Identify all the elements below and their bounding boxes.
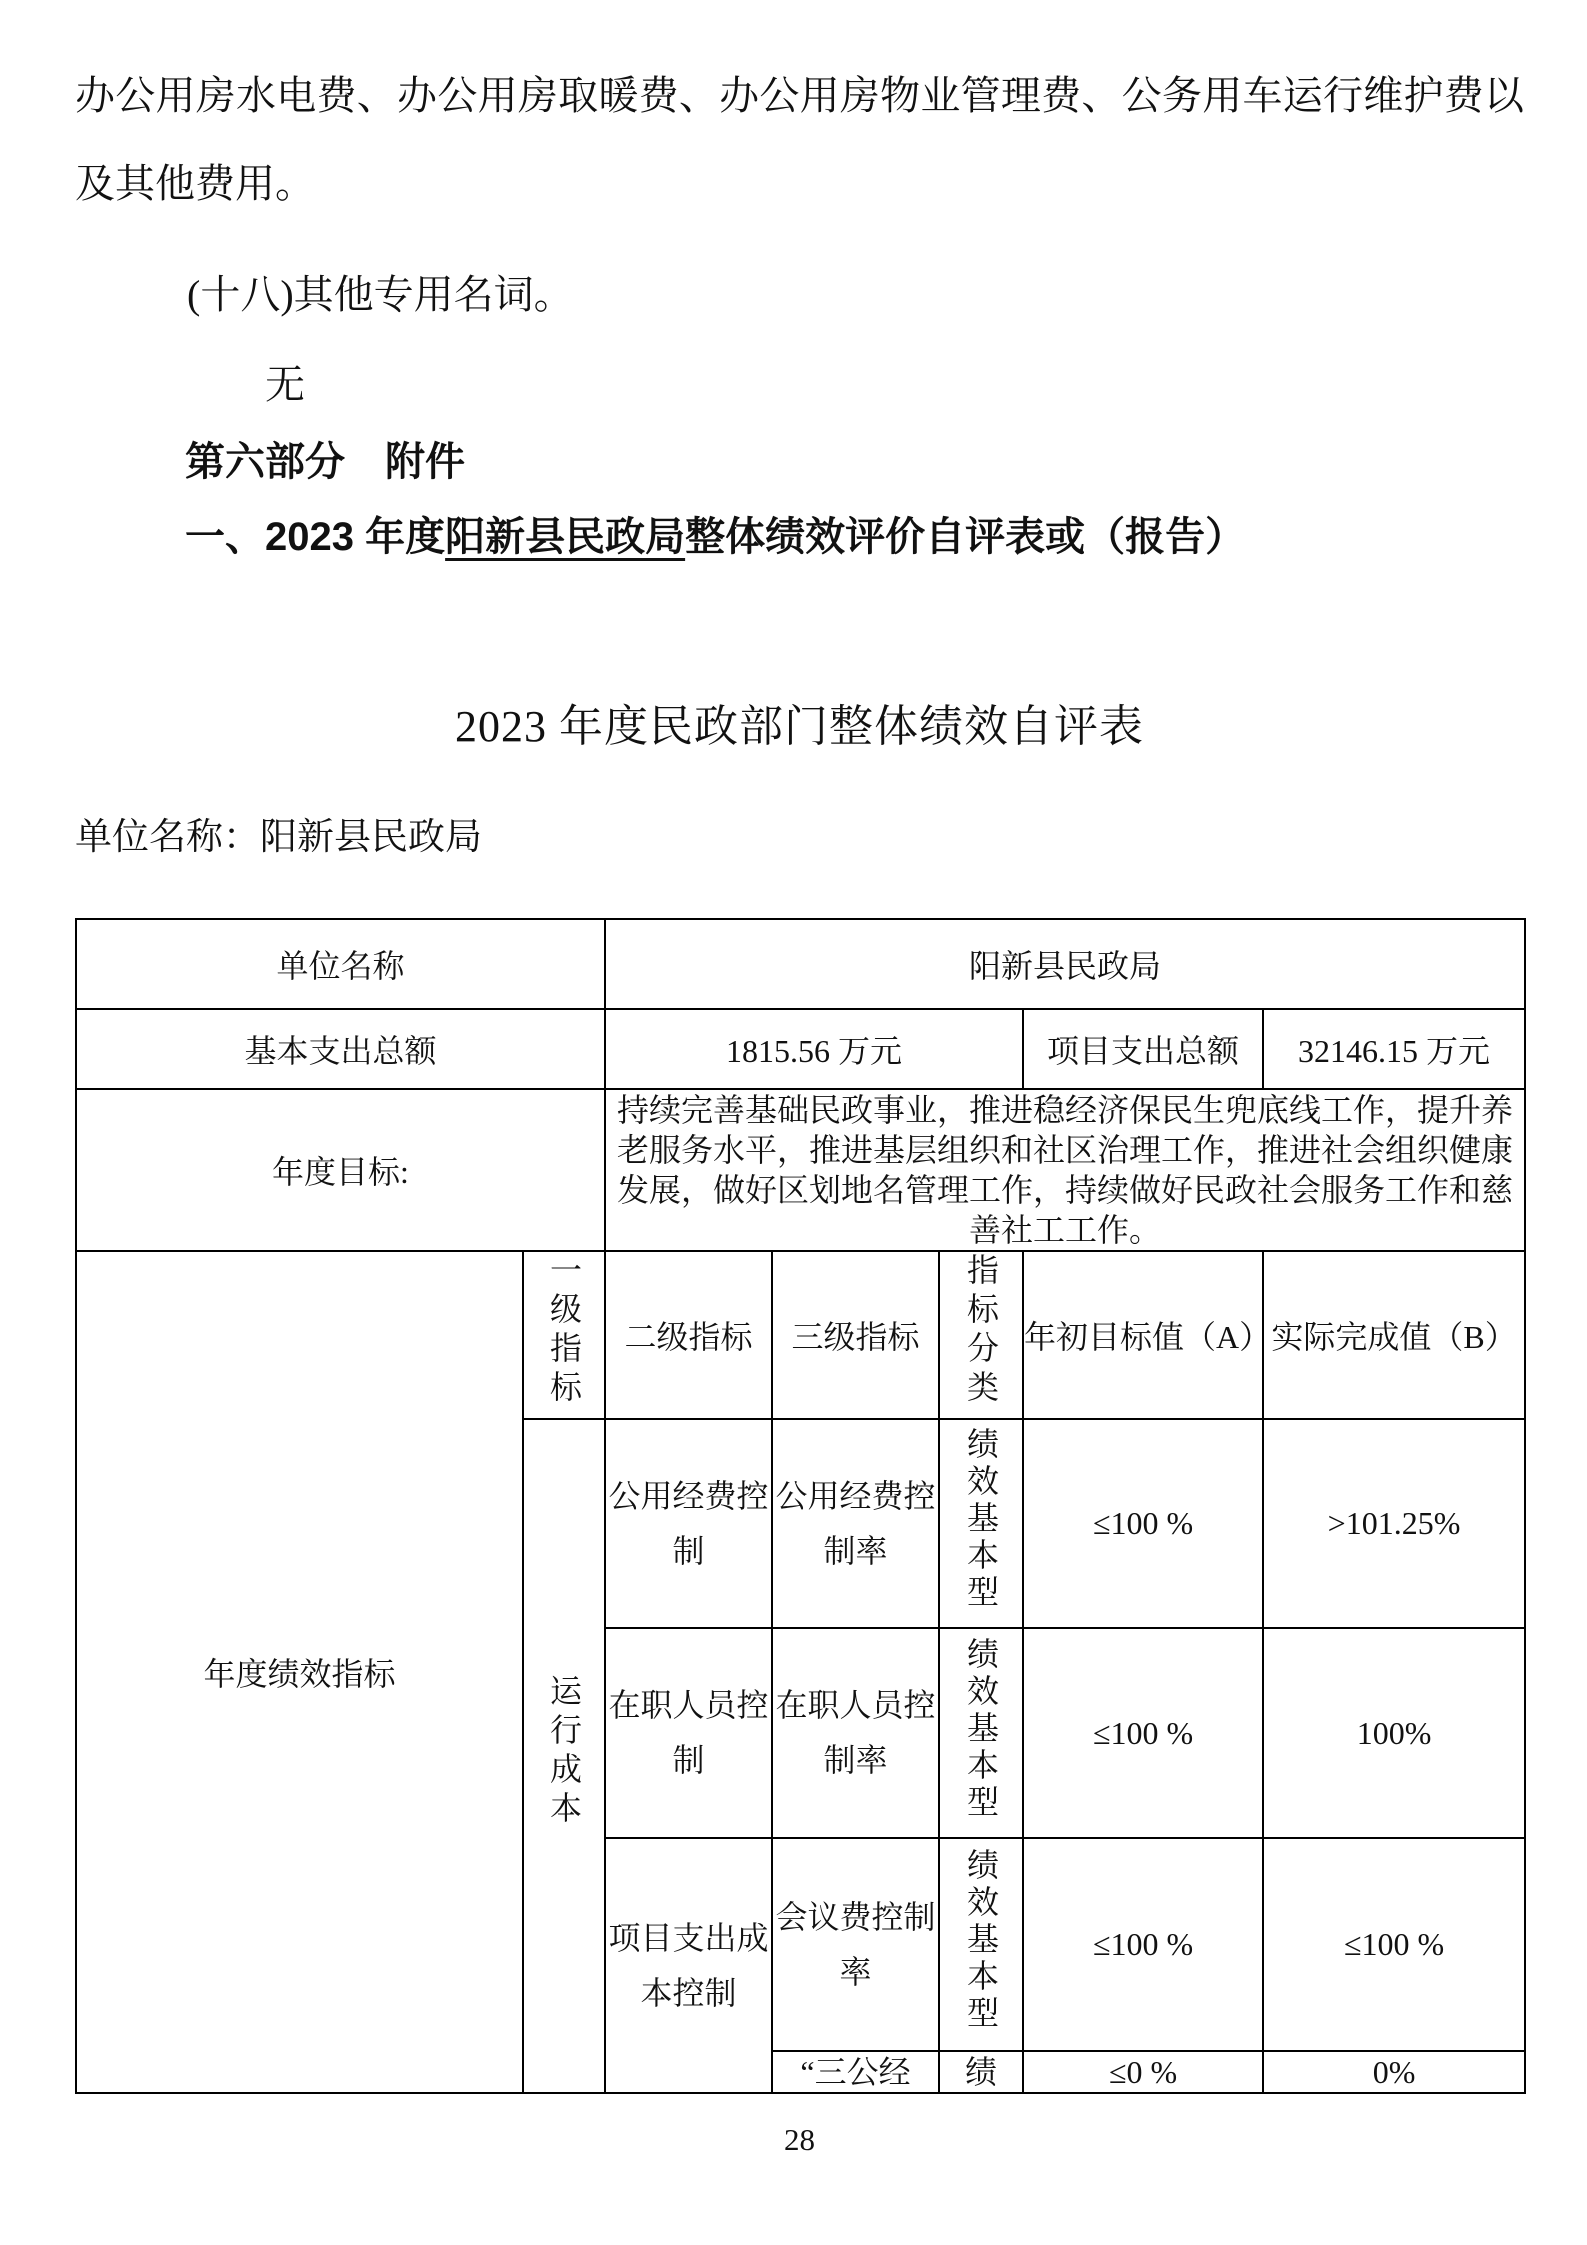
self-evaluation-table: 单位名称 阳新县民政局 基本支出总额 1815.56 万元 项目支出总额 321… [75,918,1526,2094]
cell-project-cost-class: 绩效基本型 [939,1838,1023,2051]
group-operating-cost-text: 运行成本 [548,1674,580,1830]
cell-annual-goal-text: 持续完善基础民政事业，推进稳经济保民生兜底线工作，提升养老服务水平，推进基层组织… [605,1089,1525,1251]
cell-project-cost-l2: 项目支出成本控制 [605,1838,772,2093]
cell-three-public-l3: “三公经 [772,2051,939,2093]
none-value: 无 [75,324,1524,414]
cell-header-classification: 指标分类 [939,1251,1023,1419]
cell-header-actual: 实际完成值（B） [1263,1251,1525,1419]
cell-three-public-class: 绩 [939,2051,1023,2093]
staff-class-text: 绩效基本型 [965,1637,997,1822]
cell-header-level1: 一级指标 [523,1251,605,1419]
cell-basic-expense-value: 1815.56 万元 [605,1009,1023,1089]
cell-staff-l3: 在职人员控制率 [772,1628,939,1838]
cell-staff-target: ≤100 % [1023,1628,1263,1838]
project-cost-class-text: 绩效基本型 [965,1848,997,2033]
attachment-heading: 一、2023 年度阳新县民政局整体绩效评价自评表或（报告） [75,492,1524,568]
cell-unit-name-value: 阳新县民政局 [605,919,1525,1009]
cell-group-operating-cost: 运行成本 [523,1419,605,2093]
cell-perf-indicator-label: 年度绩效指标 [76,1251,523,2093]
attachment-heading-prefix: 一、2023 年度 [185,515,445,559]
cell-public-funds-actual: >101.25% [1263,1419,1525,1628]
cell-project-expense-label: 项目支出总额 [1023,1009,1263,1089]
table-row: 基本支出总额 1815.56 万元 项目支出总额 32146.15 万元 [76,1009,1525,1089]
annual-goal-text: 持续完善基础民政事业，推进稳经济保民生兜底线工作，提升养老服务水平，推进基层组织… [617,1092,1513,1248]
header-level1-text: 一级指标 [548,1253,580,1409]
table-row: 年度目标: 持续完善基础民政事业，推进稳经济保民生兜底线工作，提升养老服务水平，… [76,1089,1525,1251]
header-classification-text: 指标分类 [965,1253,997,1409]
page-number: 28 [75,2094,1524,2158]
part6-heading: 第六部分 附件 [75,414,1524,492]
cell-header-target: 年初目标值（A） [1023,1251,1263,1419]
table-header-row: 年度绩效指标 一级指标 二级指标 三级指标 指标分类 年初目标值（A） 实际完成… [76,1251,1525,1419]
cell-basic-expense-label: 基本支出总额 [76,1009,605,1089]
cell-staff-class: 绩效基本型 [939,1628,1023,1838]
cell-public-funds-l2: 公用经费控制 [605,1419,772,1628]
cell-project-expense-value: 32146.15 万元 [1263,1009,1525,1089]
item-18-line: (十八)其他专用名词。 [75,228,1524,324]
cell-public-funds-target: ≤100 % [1023,1419,1263,1628]
cell-header-level2: 二级指标 [605,1251,772,1419]
cell-project-cost-actual: ≤100 % [1263,1838,1525,2051]
cell-unit-name-label: 单位名称 [76,919,605,1009]
document-page: 办公用房水电费、办公用房取暖费、办公用房物业管理费、公务用车运行维护费以及其他费… [0,0,1587,2245]
cell-public-funds-l3: 公用经费控制率 [772,1419,939,1628]
cell-annual-goal-label: 年度目标: [76,1089,605,1251]
table-row: 单位名称 阳新县民政局 [76,919,1525,1009]
attachment-heading-suffix: 整体绩效评价自评表或（报告） [685,515,1245,559]
public-funds-class-text: 绩效基本型 [965,1427,997,1612]
cell-public-funds-class: 绩效基本型 [939,1419,1023,1628]
cell-project-cost-target: ≤100 % [1023,1838,1263,2051]
cell-three-public-actual: 0% [1263,2051,1525,2093]
cell-staff-actual: 100% [1263,1628,1525,1838]
unit-name-line: 单位名称：阳新县民政局 [75,758,1524,866]
body-paragraph: 办公用房水电费、办公用房取暖费、办公用房物业管理费、公务用车运行维护费以及其他费… [75,0,1524,228]
cell-staff-l2: 在职人员控制 [605,1628,772,1838]
cell-three-public-target: ≤0 % [1023,2051,1263,2093]
cell-header-level3: 三级指标 [772,1251,939,1419]
cell-project-cost-l3: 会议费控制率 [772,1838,939,2051]
table-title: 2023 年度民政部门整体绩效自评表 [75,568,1524,758]
attachment-heading-underlined: 阳新县民政局 [445,515,685,559]
